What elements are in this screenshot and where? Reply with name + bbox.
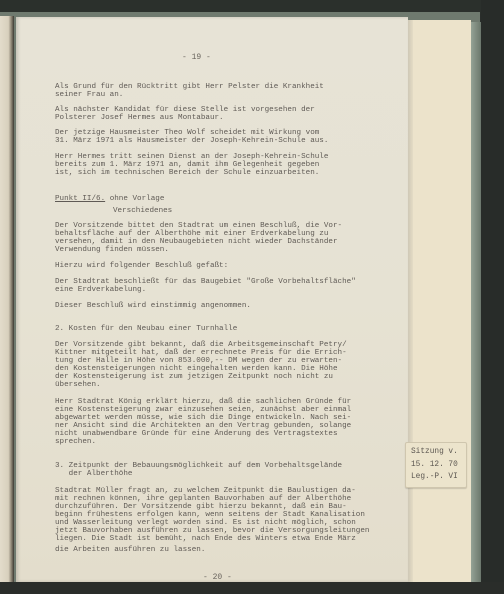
text-line: ist, sich im technischen Bereich der Sch… — [55, 169, 319, 177]
text-line: die Arbeiten ausführen zu lassen. — [55, 546, 205, 554]
agenda-item-heading: der Alberthöhe — [55, 470, 132, 478]
agenda-item-heading: Punkt II/6. ohne Vorlage — [55, 195, 164, 203]
text-line: Dieser Beschluß wird einstimmig angenomm… — [55, 302, 251, 310]
margin-note-line: 15. 12. 70 — [411, 461, 458, 469]
agenda-item-label: Punkt II/6. — [55, 195, 105, 203]
text-line: Hierzu wird folgender Beschluß gefaßt: — [55, 262, 228, 270]
text-line: eine Erdverkabelung. — [55, 286, 146, 294]
previous-page-edge — [0, 16, 14, 582]
agenda-item-note: ohne Vorlage — [105, 195, 164, 203]
text-line: seiner Frau an. — [55, 91, 123, 99]
text-line: nicht unabwendbare Gründe für eine Änder… — [55, 430, 338, 438]
text-line: 31. März 1971 als Hausmeister der Joseph… — [55, 137, 328, 145]
page-footer-number: - 20 - — [203, 573, 232, 582]
text-line: Polsterer Josef Hermes aus Montabaur. — [55, 114, 224, 122]
dark-background-bottom — [0, 582, 504, 594]
board-right-edge — [471, 22, 481, 582]
text-line: Verwendung finden müssen. — [55, 246, 169, 254]
text-line: liegen. Die Stadt ist bemüht, nach Ende … — [55, 535, 356, 543]
agenda-item-subtitle: Verschiedenes — [113, 207, 172, 215]
text-line: übersehen. — [55, 381, 101, 389]
agenda-item-heading: 2. Kosten für den Neubau einer Turnhalle — [55, 325, 237, 333]
dark-background-right — [481, 0, 504, 594]
margin-note-label: Sitzung v. 15. 12. 70 Leg.-P. VI — [405, 442, 467, 488]
margin-note-line: Leg.-P. VI — [411, 473, 458, 481]
text-line: sprechen. — [55, 438, 96, 446]
page-header-number: - 19 - — [182, 53, 211, 62]
margin-note-line: Sitzung v. — [411, 448, 458, 456]
margin-sheet — [413, 20, 471, 582]
